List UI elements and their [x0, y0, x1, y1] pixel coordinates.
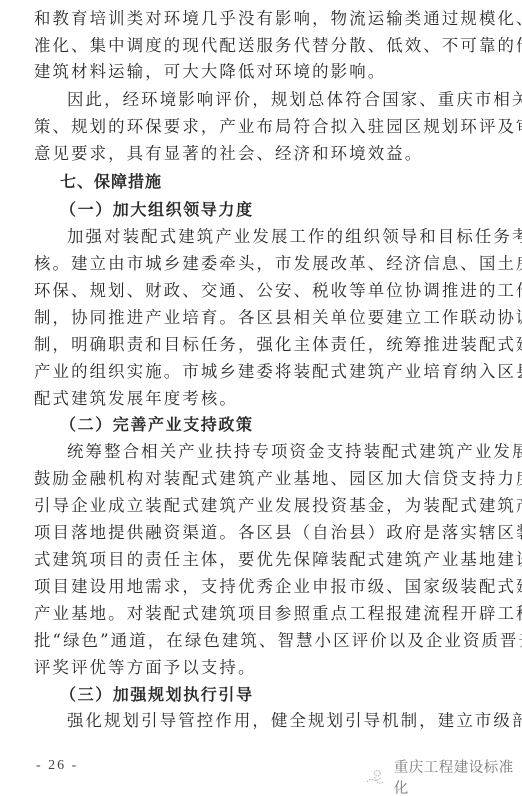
text-line: 产业基地。对装配式建筑项目参照重点工程报建流程开辟工程审 — [34, 600, 498, 627]
text-line: 项目建设用地需求，支持优秀企业申报市级、国家级装配式建筑 — [34, 573, 498, 600]
text-line: 核。建立由市城乡建委牵头，市发展改革、经济信息、国土房管、 — [34, 250, 498, 277]
text-line: 评奖评优等方面予以支持。 — [34, 654, 498, 681]
text-line: 制，明确职责和目标任务，强化主体责任，统筹推进装配式建筑 — [34, 331, 498, 358]
section-heading: 七、保障措施 — [60, 168, 522, 195]
text-line: 产业的组织实施。市城乡建委将装配式建筑产业培育纳入区县装 — [34, 358, 498, 385]
text-line: 策、规划的环保要求，产业布局符合拟入驻园区规划环评及审查 — [34, 113, 498, 140]
text-line: 鼓励金融机构对装配式建筑产业基地、园区加大信贷支持力度， — [34, 465, 498, 492]
document-page: 和教育培训类对环境几乎没有影响，物流运输类通过规模化、标准化、集中调度的现代配送… — [0, 0, 522, 796]
section-heading: （二）完善产业支持政策 — [60, 411, 522, 438]
wechat-logo-icon — [365, 768, 388, 786]
text-line: 和教育培训类对环境几乎没有影响，物流运输类通过规模化、标 — [34, 5, 498, 32]
text-line: 制，协同推进产业培育。各区县相关单位要建立工作联动协调机 — [34, 304, 498, 331]
text-line: 批“绿色”通道，在绿色建筑、智慧小区评价以及企业资质晋升、 — [34, 627, 498, 654]
text-line: 意见要求，具有显著的社会、经济和环境效益。 — [34, 140, 498, 167]
text-line: 式建筑项目的责任主体，要优先保障装配式建筑产业基地建设和 — [34, 546, 498, 573]
section-heading: （一）加大组织领导力度 — [60, 196, 522, 223]
page-number: - 26 - — [36, 758, 78, 774]
text-line: 项目落地提供融资渠道。各区县（自治县）政府是落实辖区装配 — [34, 519, 498, 546]
watermark: 重庆工程建设标准化 — [365, 756, 522, 796]
watermark-text: 重庆工程建设标准化 — [394, 756, 522, 796]
text-line: 强化规划引导管控作用，健全规划引导机制，建立市级部门 — [67, 707, 498, 734]
text-line: 因此，经环境影响评价，规划总体符合国家、重庆市相关政 — [67, 86, 498, 113]
text-line: 准化、集中调度的现代配送服务代替分散、低效、不可靠的传统 — [34, 32, 498, 59]
text-line: 环保、规划、财政、交通、公安、税收等单位协调推进的工作机 — [34, 277, 498, 304]
section-heading: （三）加强规划执行引导 — [60, 681, 522, 708]
text-line: 统筹整合相关产业扶持专项资金支持装配式建筑产业发展， — [67, 438, 498, 465]
text-line: 建筑材料运输，可大大降低对环境的影响。 — [34, 58, 498, 85]
text-line: 配式建筑发展年度考核。 — [34, 385, 498, 412]
text-line: 加强对装配式建筑产业发展工作的组织领导和目标任务考 — [67, 223, 498, 250]
text-line: 引导企业成立装配式建筑产业发展投资基金，为装配式建筑产业 — [34, 492, 498, 519]
